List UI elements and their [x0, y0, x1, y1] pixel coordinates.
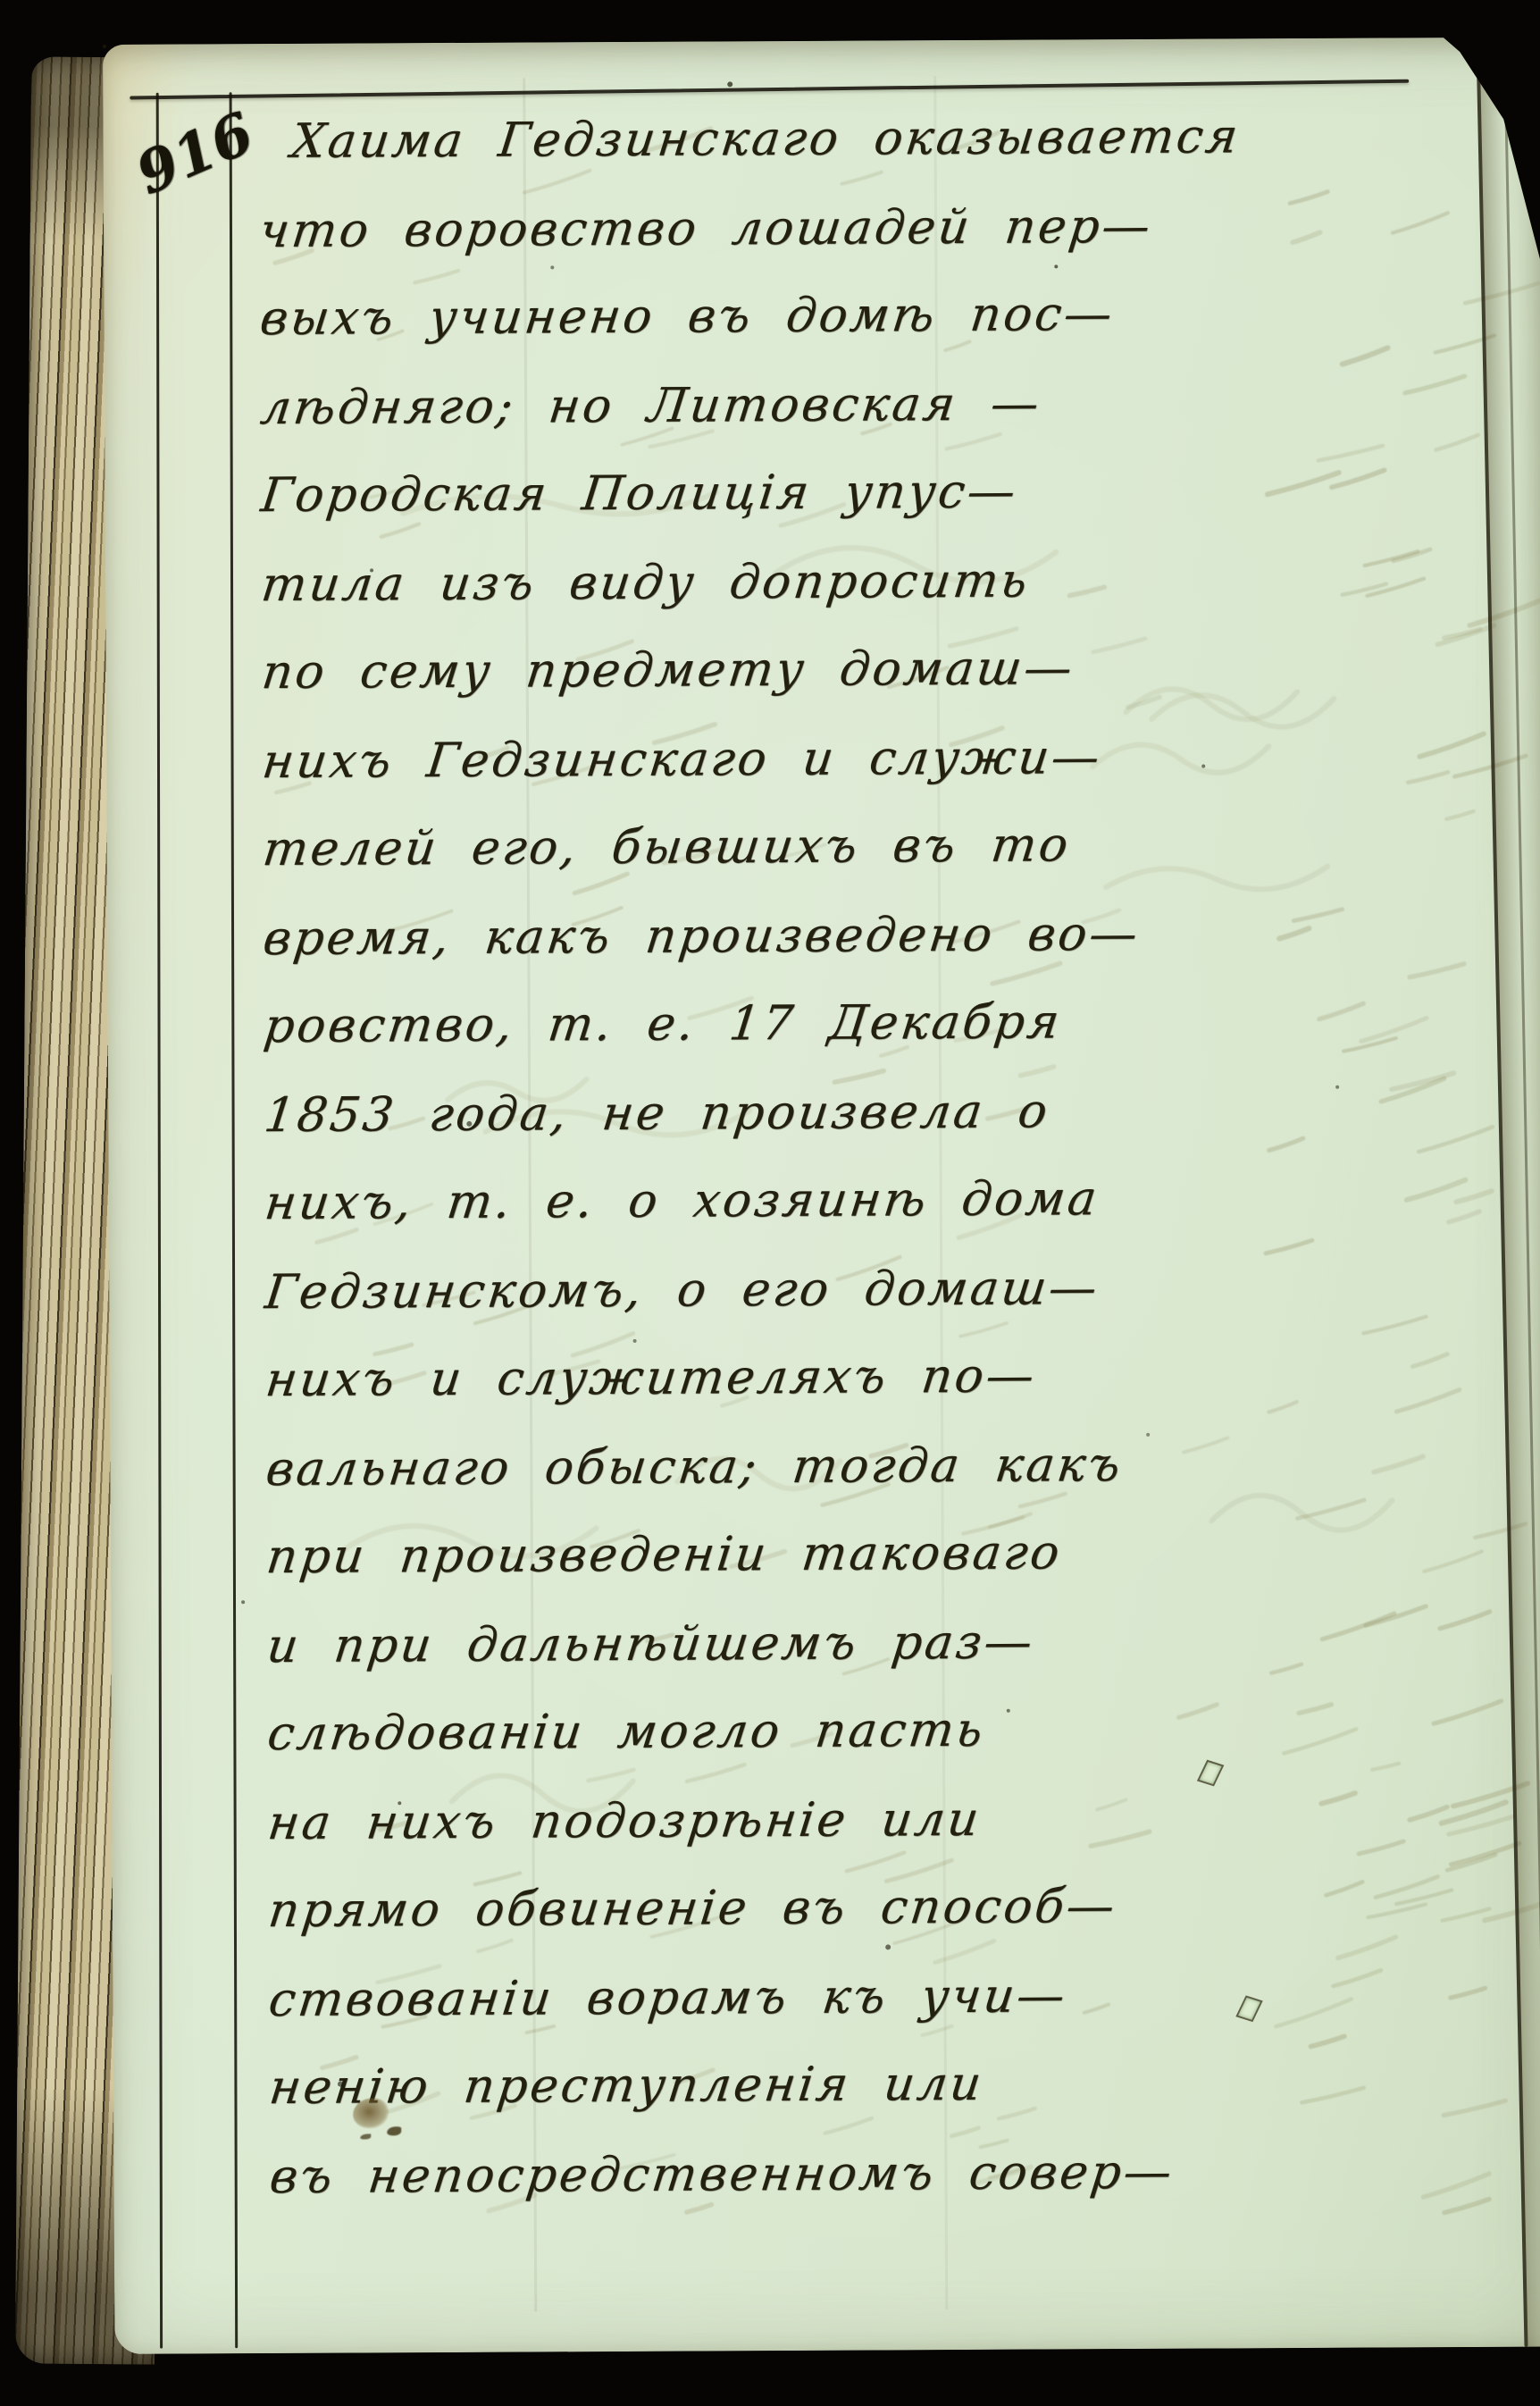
manuscript-line-15: нихъ и служителяхъ по—: [261, 1330, 1265, 1424]
manuscript-line-2: что воровство лошадей пер—: [255, 181, 1259, 275]
manuscript-line-7: по сему предмету домаш—: [257, 623, 1261, 717]
manuscript-line-5: Городская Полиція упус—: [256, 446, 1260, 540]
manuscript-line-1: Хаима Гедзинскаго оказывается: [255, 92, 1259, 186]
manuscript-line-24: въ непосредственномъ совер—: [265, 2127, 1269, 2221]
manuscript-line-21: прямо обвиненіе въ способ—: [264, 1861, 1268, 1955]
manuscript-line-22: ствованіи ворамъ къ учи—: [264, 1950, 1268, 2044]
manuscript-line-4: лѣдняго; но Литовская —: [255, 358, 1260, 452]
manuscript-line-3: выхъ учинено въ домѣ пос—: [255, 269, 1260, 363]
manuscript-text: Хаима Гедзинскаго оказываетсячто воровст…: [259, 92, 1263, 2220]
manuscript-line-19: слѣдованіи могло пасть: [263, 1684, 1267, 1778]
manuscript-line-14: Гедзинскомъ, о его домаш—: [260, 1243, 1264, 1337]
manuscript-line-10: время, какъ произведено во—: [258, 889, 1262, 983]
ink-specks: [103, 45, 106, 48]
manuscript-line-17: при произведеніи таковаго: [262, 1507, 1266, 1601]
manuscript-page: 916 Хаима Гедзинскаго оказываетсячто вор…: [103, 38, 1540, 2354]
manuscript-line-13: нихъ, т. е. о хозяинѣ дома: [260, 1153, 1264, 1247]
manuscript-line-11: ровство, т. е. 17 Декабря: [259, 977, 1263, 1070]
manuscript-line-8: нихъ Гедзинскаго и служи—: [257, 712, 1261, 806]
manuscript-line-20: на нихъ подозрѣніе или: [263, 1773, 1267, 1867]
manuscript-line-16: вальнаго обыска; тогда какъ: [261, 1420, 1265, 1513]
manuscript-line-23: ненію преступленія или: [264, 2038, 1268, 2132]
manuscript-line-6: тила изъ виду допросить: [256, 535, 1260, 629]
manuscript-line-12: 1853 года, не произвела о: [259, 1066, 1263, 1160]
manuscript-line-9: телей его, бывшихъ въ то: [258, 800, 1262, 893]
photographed-manuscript: 916 Хаима Гедзинскаго оказываетсячто вор…: [0, 0, 1540, 2406]
ink-blot-stain: [353, 2098, 389, 2128]
manuscript-line-18: и при дальнѣйшемъ раз—: [262, 1597, 1266, 1690]
